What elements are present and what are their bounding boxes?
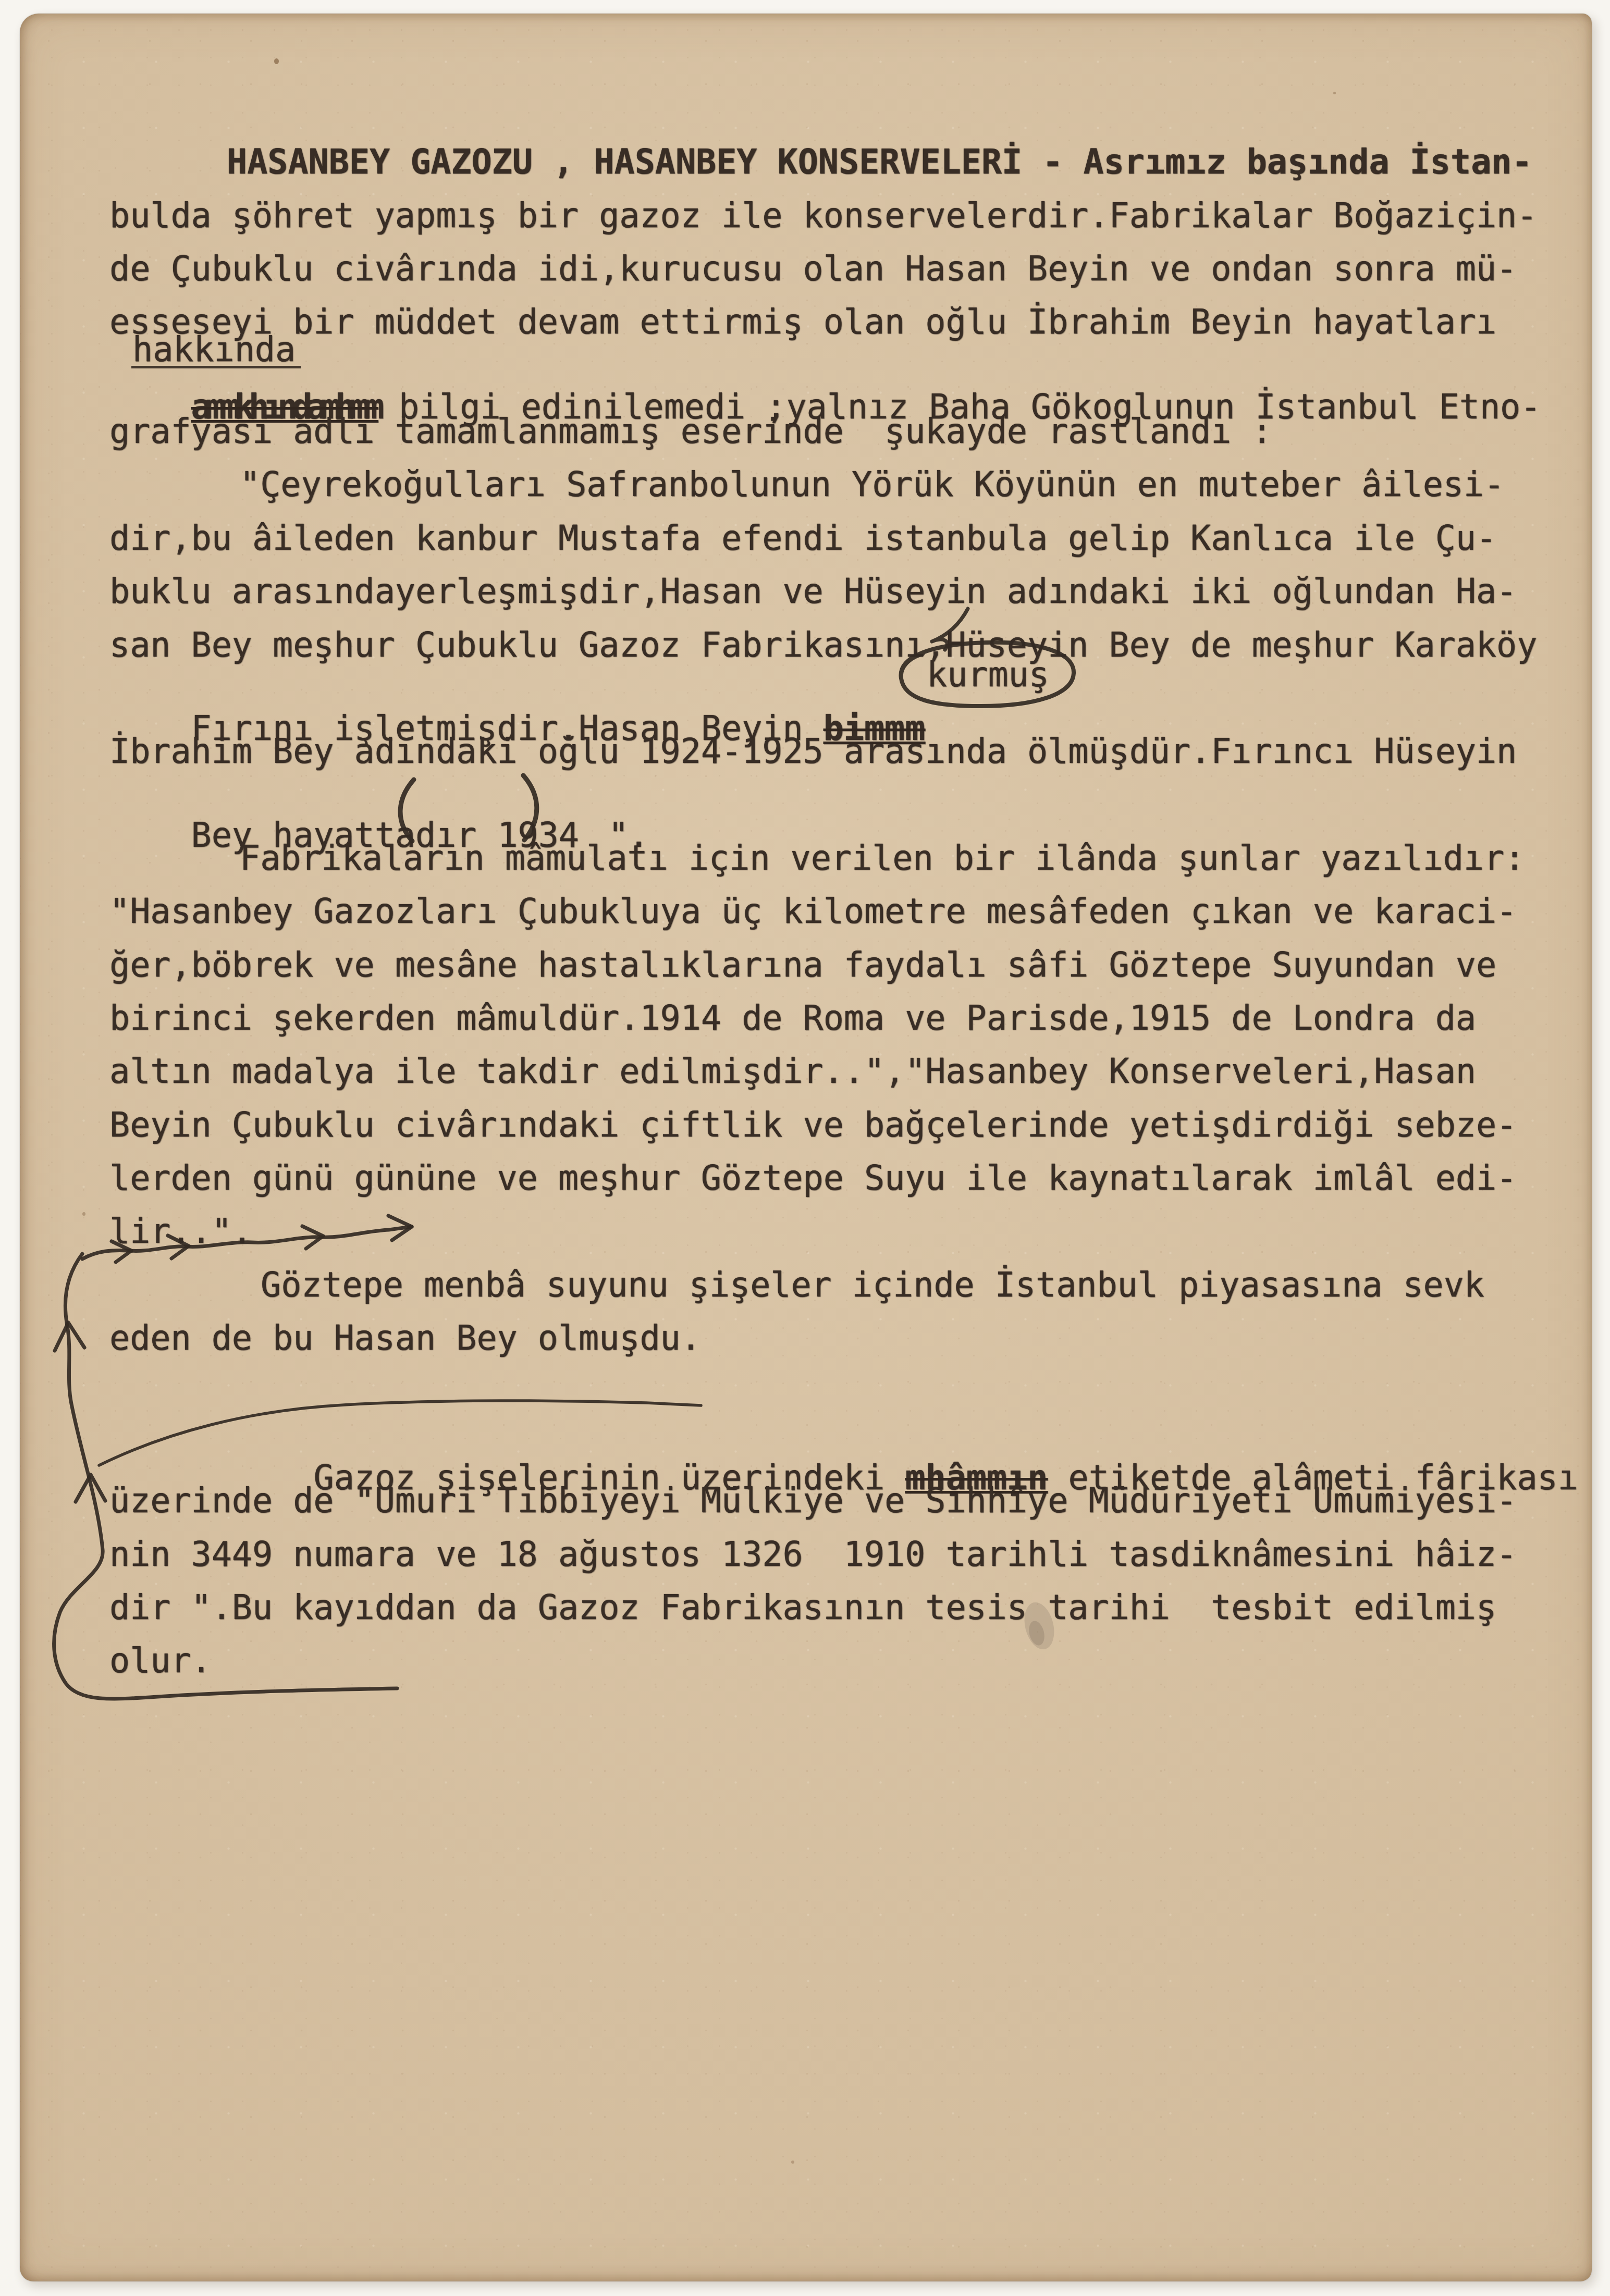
typed-line: ğer,böbrek ve mesâne hastalıklarına fayd… <box>109 951 1496 982</box>
typed-line: "Çeyrekoğulları Safranbolunun Yörük Köyü… <box>240 470 1504 501</box>
paper-speck <box>791 2161 794 2164</box>
paper-speck <box>1333 92 1336 94</box>
typed-line: üzerinde de "Umuri Tıbbiyeyi Mülkiye ve … <box>109 1486 1517 1517</box>
typed-line: eden de bu Hasan Bey olmuşdu. <box>109 1324 701 1355</box>
typed-line: esseseyi bir müddet devam ettirmiş olan … <box>109 307 1496 339</box>
typed-line: grafyası adlı tamamlanmamış eserinde şuk… <box>109 417 1272 448</box>
typed-line-with-correction: Fırını işletmişdir.Hasan Beyin bimmm <box>109 684 925 715</box>
typed-line: birinci şekerden mâmuldür.1914 de Roma v… <box>109 1004 1476 1035</box>
typed-line: altın madalya ile takdir edilmişdir..","… <box>109 1057 1476 1088</box>
scanned-document: HASANBEY GAZOZU , HASANBEY KONSERVELERİ … <box>0 0 1610 2296</box>
circled-word-kurmus: kurmuş <box>927 656 1049 695</box>
typed-line: "Hasanbey Gazozları Çubukluya üç kilomet… <box>109 897 1517 928</box>
paper-speck <box>82 1212 85 1216</box>
typed-line: İbrahim Bey adındaki oğlu 1924-1925 aras… <box>109 737 1517 768</box>
paper-speck <box>274 58 279 64</box>
typed-line: lerden günü gününe ve meşhur Göztepe Suy… <box>109 1164 1517 1195</box>
typed-line-with-parens: Bey hayattadır1934". <box>109 791 649 822</box>
typed-line: olur. <box>109 1646 212 1677</box>
typed-line: buklu arasındayerleşmişdir,Hasan ve Hüse… <box>109 577 1517 608</box>
typed-line: Fabrikaların mâmulatı için verilen bir i… <box>240 844 1525 875</box>
inserted-word: hakkında <box>131 335 301 368</box>
typed-line: bulda şöhret yapmış bir gazoz ile konser… <box>109 201 1537 232</box>
typed-line: san Bey meşhur Çubuklu Gazoz Fabrikasını… <box>109 631 1537 662</box>
typed-line: Beyin Çubuklu civârındaki çiftlik ve bağ… <box>109 1110 1517 1142</box>
typed-line: nin 3449 numara ve 18 ağustos 1326 1910 … <box>109 1540 1517 1571</box>
typed-line: dir,bu âileden kanbur Mustafa efendi ist… <box>109 524 1496 555</box>
typed-line: lir..". <box>109 1217 252 1248</box>
typed-line-with-correction: hakkındaammkhındamhmm bilgi edinilemedi … <box>109 362 1541 393</box>
typed-line: de Çubuklu civârında idi,kurucusu olan H… <box>109 254 1517 286</box>
typed-line: dir ".Bu kayıddan da Gazoz Fabrikasının … <box>109 1593 1496 1624</box>
typed-line-with-correction: Gazoz şişelerinin üzerindeki mhâmmın eti… <box>232 1433 1578 1464</box>
typed-line: HASANBEY GAZOZU , HASANBEY KONSERVELERİ … <box>227 147 1532 179</box>
typed-line: Göztepe menbâ suyunu şişeler içinde İsta… <box>261 1270 1484 1302</box>
